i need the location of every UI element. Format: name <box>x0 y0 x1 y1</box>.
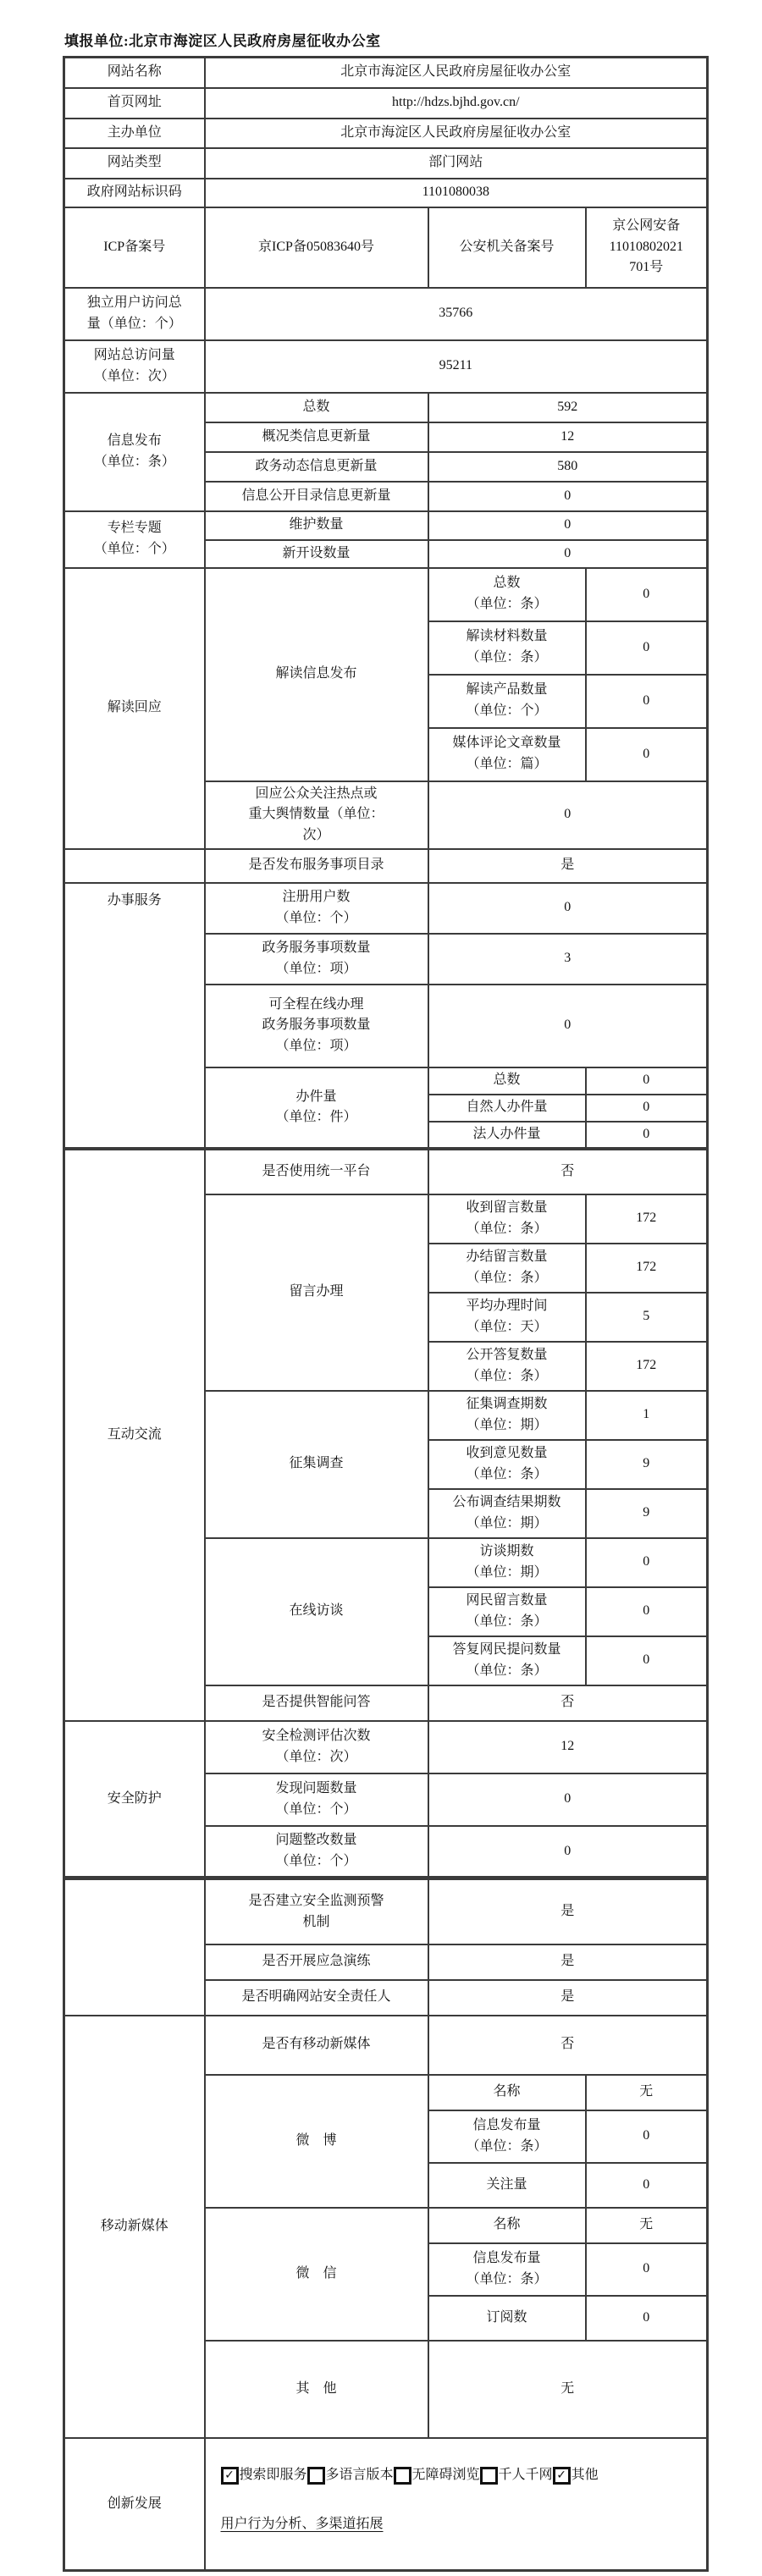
section-innovation: 创新发展 <box>64 2438 205 2571</box>
security-checks-value: 12 <box>428 1721 708 1773</box>
info-catalog-value: 0 <box>428 482 708 511</box>
emergency-drill-value: 是 <box>428 1944 708 1980</box>
innovation-content: ✓搜索即服务多语言版本无障碍浏览千人千网✓其他 用户行为分析、多渠道拓展 <box>205 2438 708 2571</box>
interview-issues-value: 0 <box>586 1538 708 1587</box>
interp-product-value: 0 <box>586 675 708 728</box>
page-title: 填报单位:北京市海淀区人民政府房屋征收办公室 <box>64 29 762 50</box>
info-total-value: 592 <box>428 393 708 422</box>
section-services: 办事服务 <box>64 883 205 1149</box>
checkbox-personalization[interactable]: 千人千网 <box>480 2465 553 2486</box>
checkbox-label: 千人千网 <box>499 2465 553 2486</box>
home-url-value: http://hdzs.bjhd.gov.cn/ <box>205 88 708 119</box>
survey-opinions-label: 收到意见数量 （单位：条） <box>428 1440 586 1489</box>
row-interp-total: 解读回应 解读信息发布 总数 （单位：条） 0 <box>64 568 708 621</box>
msg-time-label: 平均办理时间 （单位：天） <box>428 1293 586 1342</box>
service-catalog-value: 是 <box>428 849 708 883</box>
police-record-label: 公安机关备案号 <box>428 207 586 288</box>
section-interpretation: 解读回应 <box>64 568 205 849</box>
checkbox-icon[interactable] <box>394 2467 411 2485</box>
weibo-followers-label: 关注量 <box>428 2163 586 2208</box>
section-columns: 专栏专题 （单位：个） <box>64 511 205 568</box>
cases-legal-label: 法人办件量 <box>428 1122 586 1149</box>
interview-label: 在线访谈 <box>205 1538 428 1685</box>
section-info-release: 信息发布 （单位：条） <box>64 393 205 511</box>
weibo-followers-value: 0 <box>586 2163 708 2208</box>
weibo-posts-value: 0 <box>586 2110 708 2163</box>
row-info-total: 信息发布 （单位：条） 总数 592 <box>64 393 708 422</box>
msg-reply-label: 公开答复数量 （单位：条） <box>428 1342 586 1391</box>
empty-section-cell <box>64 1878 205 2016</box>
cases-legal-value: 0 <box>586 1122 708 1149</box>
service-users-value: 0 <box>428 883 708 934</box>
checkbox-label: 无障碍浏览 <box>412 2465 480 2486</box>
cases-person-label: 自然人办件量 <box>428 1095 586 1122</box>
row-innovation: 创新发展 ✓搜索即服务多语言版本无障碍浏览千人千网✓其他 用户行为分析、多渠道拓… <box>64 2438 708 2571</box>
security-fixed-value: 0 <box>428 1826 708 1878</box>
wechat-posts-label: 信息发布量 （单位：条） <box>428 2243 586 2296</box>
survey-label: 征集调查 <box>205 1391 428 1538</box>
row-icp: ICP备案号 京ICP备05083640号 公安机关备案号 京公网安备 1101… <box>64 207 708 288</box>
message-handling-label: 留言办理 <box>205 1194 428 1391</box>
warning-mechanism-label: 是否建立安全监测预警 机制 <box>205 1878 428 1944</box>
smart-qa-label: 是否提供智能问答 <box>205 1685 428 1721</box>
has-mobile-media-label: 是否有移动新媒体 <box>205 2016 428 2075</box>
msg-received-label: 收到留言数量 （单位：条） <box>428 1194 586 1244</box>
info-dynamic-value: 580 <box>428 452 708 482</box>
survey-issues-value: 1 <box>586 1391 708 1440</box>
wechat-label: 微 信 <box>205 2208 428 2341</box>
checkbox-multilingual[interactable]: 多语言版本 <box>307 2465 394 2486</box>
unified-platform-label: 是否使用统一平台 <box>205 1149 428 1194</box>
row-security-checks: 安全防护 安全检测评估次数 （单位：次） 12 <box>64 1721 708 1773</box>
innovation-options: ✓搜索即服务多语言版本无障碍浏览千人千网✓其他 <box>221 2465 698 2486</box>
row-warning-mechanism: 是否建立安全监测预警 机制 是 <box>64 1878 708 1944</box>
site-type-label: 网站类型 <box>64 148 205 179</box>
checkbox-icon[interactable]: ✓ <box>553 2467 571 2485</box>
interview-replies-value: 0 <box>586 1636 708 1685</box>
wechat-name-label: 名称 <box>428 2208 586 2243</box>
info-overview-label: 概况类信息更新量 <box>205 422 428 452</box>
interview-issues-label: 访谈期数 （单位：期） <box>428 1538 586 1587</box>
survey-results-label: 公布调查结果期数 （单位：期） <box>428 1489 586 1538</box>
cases-person-value: 0 <box>586 1095 708 1122</box>
interview-replies-label: 答复网民提问数量 （单位：条） <box>428 1636 586 1685</box>
row-unified-platform: 互动交流 是否使用统一平台 否 <box>64 1149 708 1194</box>
site-code-value: 1101080038 <box>205 179 708 207</box>
uv-value: 35766 <box>205 288 708 340</box>
site-name-value: 北京市海淀区人民政府房屋征收办公室 <box>205 58 708 88</box>
interview-messages-value: 0 <box>586 1587 708 1636</box>
info-dynamic-label: 政务动态信息更新量 <box>205 452 428 482</box>
service-users-label: 注册用户数 （单位：个） <box>205 883 428 934</box>
row-unique-visitors: 独立用户访问总 量（单位：个） 35766 <box>64 288 708 340</box>
column-new-label: 新开设数量 <box>205 540 428 568</box>
info-total-label: 总数 <box>205 393 428 422</box>
interp-total-value: 0 <box>586 568 708 621</box>
emergency-drill-label: 是否开展应急演练 <box>205 1944 428 1980</box>
row-organizer: 主办单位 北京市海淀区人民政府房屋征收办公室 <box>64 119 708 148</box>
weibo-posts-label: 信息发布量 （单位：条） <box>428 2110 586 2163</box>
interp-material-label: 解读材料数量 （单位：条） <box>428 621 586 675</box>
weibo-name-label: 名称 <box>428 2075 586 2110</box>
security-found-label: 发现问题数量 （单位：个） <box>205 1773 428 1826</box>
wechat-subs-label: 订阅数 <box>428 2296 586 2341</box>
interp-hotspot-value: 0 <box>428 781 708 849</box>
interp-release-label: 解读信息发布 <box>205 568 428 781</box>
icp-label: ICP备案号 <box>64 207 205 288</box>
security-owner-value: 是 <box>428 1980 708 2016</box>
survey-issues-label: 征集调查期数 （单位：期） <box>428 1391 586 1440</box>
interp-material-value: 0 <box>586 621 708 675</box>
checkbox-other[interactable]: ✓其他 <box>553 2465 599 2486</box>
row-site-name: 网站名称 北京市海淀区人民政府房屋征收办公室 <box>64 58 708 88</box>
checkbox-icon[interactable] <box>480 2467 498 2485</box>
row-column-maintain: 专栏专题 （单位：个） 维护数量 0 <box>64 511 708 540</box>
security-found-value: 0 <box>428 1773 708 1826</box>
police-record-value: 京公网安备 11010802021 701号 <box>586 207 708 288</box>
service-items-label: 政务服务事项数量 （单位：项） <box>205 934 428 985</box>
checkbox-label: 搜索即服务 <box>240 2465 307 2486</box>
msg-received-value: 172 <box>586 1194 708 1244</box>
service-online-value: 0 <box>428 985 708 1067</box>
cases-total-label: 总数 <box>428 1067 586 1095</box>
pv-label: 网站总访问量 （单位：次） <box>64 340 205 393</box>
wechat-posts-value: 0 <box>586 2243 708 2296</box>
column-new-value: 0 <box>428 540 708 568</box>
pv-value: 95211 <box>205 340 708 393</box>
icp-value: 京ICP备05083640号 <box>205 207 428 288</box>
unified-platform-value: 否 <box>428 1149 708 1194</box>
column-maintain-value: 0 <box>428 511 708 540</box>
other-media-label: 其 他 <box>205 2341 428 2438</box>
section-mobile-media: 移动新媒体 <box>64 2016 205 2438</box>
survey-opinions-value: 9 <box>586 1440 708 1489</box>
section-security: 安全防护 <box>64 1721 205 1878</box>
smart-qa-value: 否 <box>428 1685 708 1721</box>
report-table: 网站名称 北京市海淀区人民政府房屋征收办公室 首页网址 http://hdzs.… <box>63 56 709 2572</box>
home-url-label: 首页网址 <box>64 88 205 119</box>
row-site-type: 网站类型 部门网站 <box>64 148 708 179</box>
interp-hotspot-label: 回应公众关注热点或 重大舆情数量（单位： 次） <box>205 781 428 849</box>
site-type-value: 部门网站 <box>205 148 708 179</box>
organizer-value: 北京市海淀区人民政府房屋征收办公室 <box>205 119 708 148</box>
has-mobile-media-value: 否 <box>428 2016 708 2075</box>
row-has-mobile-media: 移动新媒体 是否有移动新媒体 否 <box>64 2016 708 2075</box>
security-owner-label: 是否明确网站安全责任人 <box>205 1980 428 2016</box>
row-home-url: 首页网址 http://hdzs.bjhd.gov.cn/ <box>64 88 708 119</box>
site-name-label: 网站名称 <box>64 58 205 88</box>
checkbox-label: 多语言版本 <box>326 2465 394 2486</box>
info-overview-value: 12 <box>428 422 708 452</box>
other-media-value: 无 <box>428 2341 708 2438</box>
row-site-code: 政府网站标识码 1101080038 <box>64 179 708 207</box>
wechat-name-value: 无 <box>586 2208 708 2243</box>
checkbox-search-service[interactable]: ✓搜索即服务 <box>221 2465 307 2486</box>
interview-messages-label: 网民留言数量 （单位：条） <box>428 1587 586 1636</box>
section-interaction: 互动交流 <box>64 1149 205 1721</box>
msg-reply-value: 172 <box>586 1342 708 1391</box>
row-total-visits: 网站总访问量 （单位：次） 95211 <box>64 340 708 393</box>
site-code-label: 政府网站标识码 <box>64 179 205 207</box>
weibo-label: 微 博 <box>205 2075 428 2208</box>
interp-product-label: 解读产品数量 （单位：个） <box>428 675 586 728</box>
cases-label: 办件量 （单位：件） <box>205 1067 428 1149</box>
empty-section-cell <box>64 849 205 883</box>
checkbox-accessibility[interactable]: 无障碍浏览 <box>394 2465 480 2486</box>
checkbox-label: 其他 <box>571 2465 599 2486</box>
service-items-value: 3 <box>428 934 708 985</box>
msg-done-label: 办结留言数量 （单位：条） <box>428 1244 586 1293</box>
innovation-note: 用户行为分析、多渠道拓展 <box>221 2514 384 2535</box>
security-fixed-label: 问题整改数量 （单位：个） <box>205 1826 428 1878</box>
uv-label: 独立用户访问总 量（单位：个） <box>64 288 205 340</box>
checkbox-icon[interactable]: ✓ <box>221 2467 239 2485</box>
info-catalog-label: 信息公开目录信息更新量 <box>205 482 428 511</box>
msg-time-value: 5 <box>586 1293 708 1342</box>
service-catalog-label: 是否发布服务事项目录 <box>205 849 428 883</box>
security-checks-label: 安全检测评估次数 （单位：次） <box>205 1721 428 1773</box>
weibo-name-value: 无 <box>586 2075 708 2110</box>
row-service-catalog: 是否发布服务事项目录 是 <box>64 849 708 883</box>
interp-total-label: 总数 （单位：条） <box>428 568 586 621</box>
row-service-users: 办事服务 注册用户数 （单位：个） 0 <box>64 883 708 934</box>
service-online-label: 可全程在线办理 政务服务事项数量 （单位：项） <box>205 985 428 1067</box>
column-maintain-label: 维护数量 <box>205 511 428 540</box>
warning-mechanism-value: 是 <box>428 1878 708 1944</box>
interp-media-label: 媒体评论文章数量 （单位：篇） <box>428 728 586 781</box>
cases-total-value: 0 <box>586 1067 708 1095</box>
organizer-label: 主办单位 <box>64 119 205 148</box>
interp-media-value: 0 <box>586 728 708 781</box>
survey-results-value: 9 <box>586 1489 708 1538</box>
checkbox-icon[interactable] <box>307 2467 325 2485</box>
wechat-subs-value: 0 <box>586 2296 708 2341</box>
msg-done-value: 172 <box>586 1244 708 1293</box>
